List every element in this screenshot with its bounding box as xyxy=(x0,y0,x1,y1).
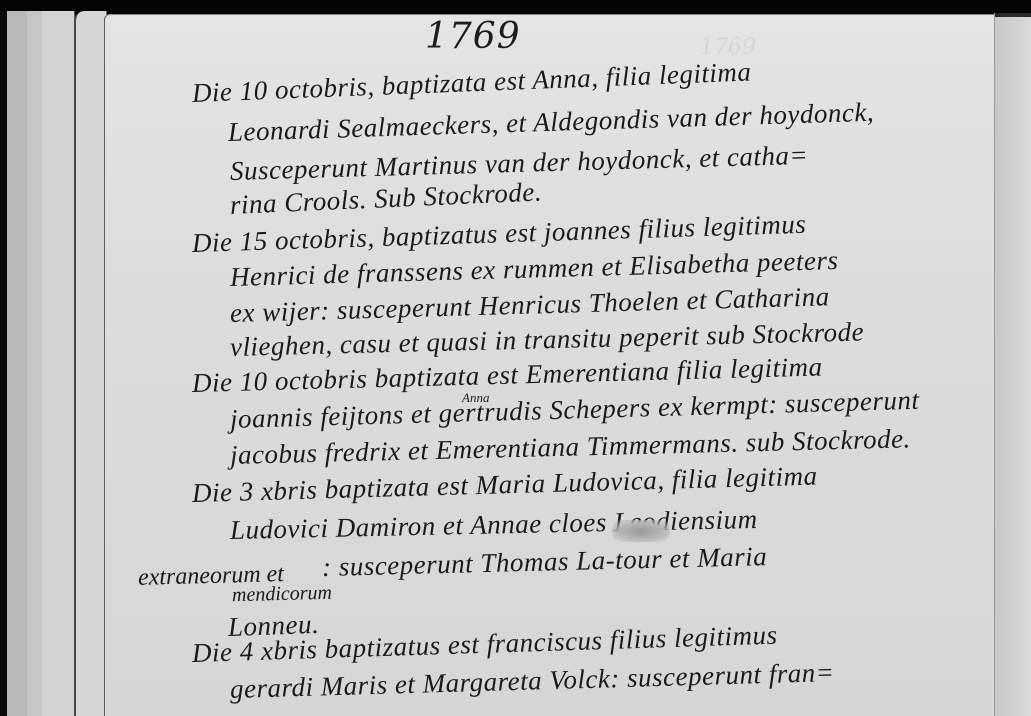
superscript-insertion: Anna xyxy=(462,390,489,406)
page-edge-stack xyxy=(42,11,75,716)
facing-page-edge xyxy=(994,13,1031,716)
page-edge-stack xyxy=(74,11,107,716)
scan-border-left xyxy=(0,0,7,716)
page-year-heading: 1769 xyxy=(425,16,521,57)
page-edge-stack xyxy=(7,11,28,716)
struck-word-blot xyxy=(612,520,670,542)
scan-border-top xyxy=(0,0,1031,11)
margin-insert-line2: mendicorum xyxy=(232,582,333,608)
page-edge-stack xyxy=(27,11,43,716)
